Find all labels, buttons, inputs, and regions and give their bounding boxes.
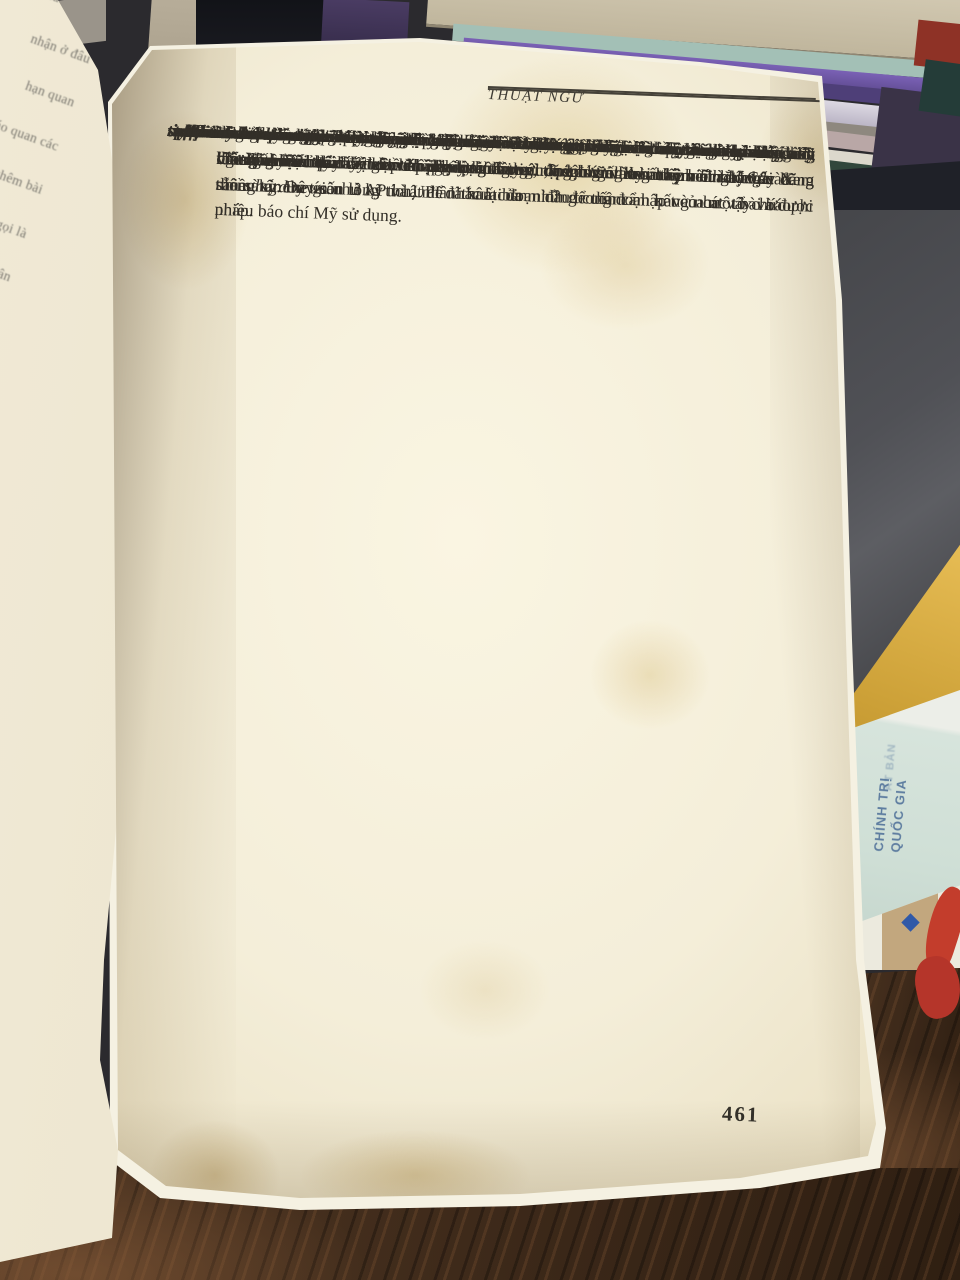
paper-stain [590, 620, 710, 730]
stacked-book-darkteal [919, 59, 960, 117]
spine-publisher-text: CHÍNH TRỊ QUỐC GIA [868, 754, 912, 877]
photo-open-book: ẤT BẢN CHÍNH TRỊ QUỐC GIA BỘ Thứ nào đưa… [0, 0, 960, 1280]
right-page: THUẬT NGỮ vỡ nguyên tắc sẽ phục vụ cộng … [0, 0, 960, 1280]
left-page-text-blurred: Thứ nào đưanhận ở đâuhạn quanbáo quan cá… [0, 0, 114, 1086]
entry-term: undercover reporting [167, 120, 322, 146]
paper-stain [420, 940, 550, 1040]
page-number: 461 [722, 1101, 760, 1127]
